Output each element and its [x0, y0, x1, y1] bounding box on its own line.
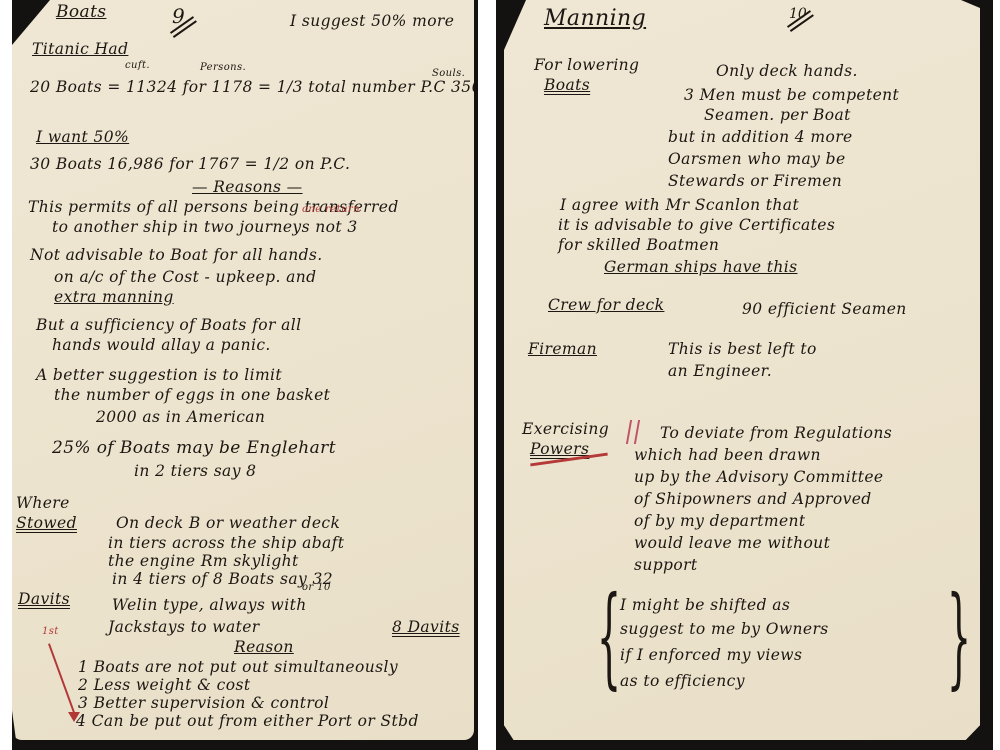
not-advisable-line: Not advisable to Boat for all hands.: [30, 246, 323, 264]
bracket-line: I might be shifted as: [620, 596, 790, 614]
agree-line: I agree with Mr Scanlon that: [560, 196, 799, 214]
powers-line: support: [634, 556, 698, 574]
right-brace: }: [947, 572, 972, 700]
davits-line: Jackstays to water: [108, 618, 260, 636]
right-manuscript-page: Manning 10 For lowering Boats Only deck …: [504, 0, 980, 740]
manning-line: but in addition 4 more: [668, 128, 853, 146]
lowering-label-boats: Boats: [544, 76, 590, 94]
left-manuscript-page: Boats 9 I suggest 50% more Titanic Had c…: [12, 0, 474, 740]
manning-line: 3 Men must be competent: [684, 86, 899, 104]
powers-line: which had been drawn: [634, 446, 821, 464]
panic-line: hands would allay a panic.: [52, 336, 271, 354]
agree-line: for skilled Boatmen: [558, 236, 719, 254]
reason-item-1: 1 Boats are not put out simultaneously: [78, 658, 398, 676]
red-margin-mark: 1st: [42, 626, 59, 637]
fireman-label: Fireman: [528, 340, 597, 358]
want-line: I want 50%: [36, 128, 129, 146]
titanic-had: Titanic Had: [32, 40, 128, 58]
extra-manning: extra manning: [54, 288, 174, 306]
agree-line: German ships have this: [604, 258, 798, 276]
reason-line: to another ship in two journeys not 3: [52, 218, 358, 236]
left-page-frame: Boats 9 I suggest 50% more Titanic Had c…: [12, 0, 478, 750]
reason-item-3: 3 Better supervision & control: [78, 694, 329, 712]
margin-davits: Davits: [18, 590, 70, 608]
page-title-manning: Manning: [544, 6, 646, 31]
stowed-line: the engine Rm skylight: [108, 552, 299, 570]
powers-line: To deviate from Regulations: [660, 424, 892, 442]
agree-line: it is advisable to give Certificates: [558, 216, 835, 234]
powers-line: of Shipowners and Approved: [634, 490, 872, 508]
manning-line: Only deck hands.: [716, 62, 858, 80]
reason-item-4: 4 Can be put out from either Port or Stb…: [76, 712, 419, 730]
left-brace: {: [597, 572, 622, 700]
annotation-cuft: cuft.: [125, 60, 150, 71]
small-insert: or 10: [302, 582, 331, 593]
annotation-persons: Persons.: [200, 62, 246, 73]
reason-heading: Reason: [234, 638, 294, 656]
powers-line: would leave me without: [634, 534, 830, 552]
page-number: 9: [172, 4, 185, 28]
page-title-boats: Boats: [56, 2, 106, 22]
eggs-line: the number of eggs in one basket: [54, 386, 330, 404]
red-margin-bars: [626, 420, 640, 444]
crew-value: 90 efficient Seamen: [742, 300, 907, 318]
powers-label: Exercising: [522, 420, 609, 438]
margin-stowed: Stowed: [16, 514, 77, 532]
proposal-line: 30 Boats 16,986 for 1767 = 1/2 on P.C.: [30, 155, 350, 173]
crew-label: Crew for deck: [548, 296, 664, 314]
bracket-line: if I enforced my views: [620, 646, 802, 664]
fireman-line: an Engineer.: [668, 362, 772, 380]
reasons-heading: — Reasons —: [192, 178, 303, 196]
englehart-line: 25% of Boats may be Englehart: [52, 438, 336, 458]
stowed-line: in tiers across the ship abaft: [108, 534, 344, 552]
suggestion-line: A better suggestion is to limit: [36, 366, 282, 384]
manning-line: Stewards or Firemen: [668, 172, 842, 190]
stowed-line: in 4 tiers of 8 Boats say 32: [112, 570, 333, 588]
powers-line: of by my department: [634, 512, 806, 530]
davits-line: Welin type, always with: [112, 596, 307, 614]
sufficiency-line: But a sufficiency of Boats for all: [36, 316, 301, 334]
red-insert: one return: [302, 204, 360, 215]
fireman-line: This is best left to: [668, 340, 817, 358]
stowed-line: On deck B or weather deck: [116, 514, 340, 532]
american-line: 2000 as in American: [96, 408, 265, 426]
bracket-line: suggest to me by Owners: [620, 620, 829, 638]
tiers-line: in 2 tiers say 8: [134, 462, 256, 480]
right-page-frame: Manning 10 For lowering Boats Only deck …: [496, 0, 993, 750]
cost-line: on a/c of the Cost - upkeep. and: [54, 268, 316, 286]
top-note: I suggest 50% more: [290, 12, 454, 30]
titanic-boats-line: 20 Boats = 11324 for 1178 = 1/3 total nu…: [30, 78, 478, 96]
davits-count: 8 Davits: [392, 618, 460, 636]
page-number: 10: [789, 6, 807, 22]
powers-line: up by the Advisory Committee: [634, 468, 884, 486]
bracket-line: as to efficiency: [620, 672, 745, 690]
lowering-label: For lowering: [534, 56, 639, 74]
margin-where: Where: [16, 494, 70, 512]
manning-line: Oarsmen who may be: [668, 150, 846, 168]
reason-item-2: 2 Less weight & cost: [78, 676, 250, 694]
manning-line: Seamen. per Boat: [704, 106, 851, 124]
red-arrow: [48, 643, 77, 717]
